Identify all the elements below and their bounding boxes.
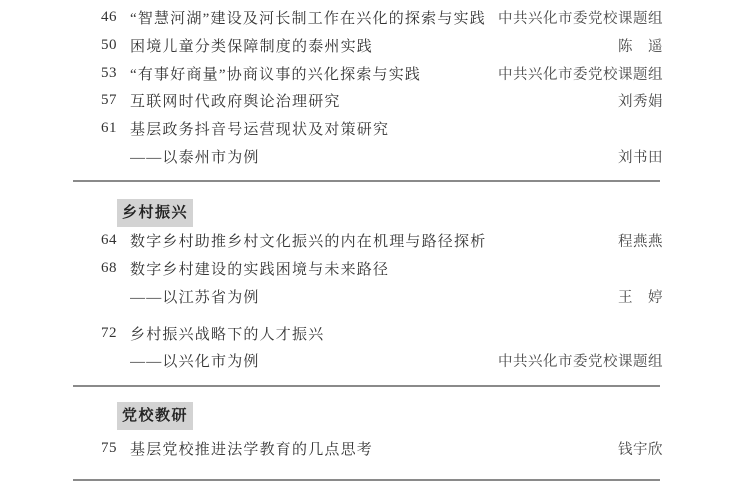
page-number: 68	[74, 260, 117, 277]
article-author: 王 婷	[618, 286, 663, 307]
article-title: 数字乡村助推乡村文化振兴的内在机理与路径探析	[130, 230, 618, 251]
article-subtitle: ——以江苏省为例	[130, 286, 618, 307]
article-author: 刘秀娟	[618, 90, 663, 111]
article-title: 乡村振兴战略下的人才振兴	[130, 323, 663, 344]
toc-row: 61 基层政务抖音号运营现状及对策研究	[0, 115, 732, 143]
toc-row-subtitle: ——以江苏省为例 王 婷	[0, 283, 732, 311]
toc-row: 50 困境儿童分类保障制度的泰州实践 陈 遥	[0, 32, 732, 60]
section-divider	[73, 385, 660, 387]
page-number: 46	[74, 9, 117, 26]
article-author: 刘书田	[618, 146, 663, 167]
article-title: “有事好商量”协商议事的兴化探索与实践	[130, 63, 498, 84]
page-bottom-divider	[73, 479, 660, 481]
toc-row: 53 “有事好商量”协商议事的兴化探索与实践 中共兴化市委党校课题组	[0, 59, 732, 87]
page-number: 57	[74, 92, 117, 109]
article-title: 基层党校推进法学教育的几点思考	[130, 438, 618, 459]
journal-toc-page: 46 “智慧河湖”建设及河长制工作在兴化的探索与实践 中共兴化市委党校课题组 5…	[0, 0, 732, 495]
toc-row: 57 互联网时代政府舆论治理研究 刘秀娟	[0, 87, 732, 115]
section-header-badge: 乡村振兴	[117, 199, 193, 227]
page-number: 72	[74, 325, 117, 342]
section-header-badge: 党校教研	[117, 402, 193, 430]
article-author: 钱宇欣	[618, 438, 663, 459]
toc-row: 46 “智慧河湖”建设及河长制工作在兴化的探索与实践 中共兴化市委党校课题组	[0, 4, 732, 32]
article-title: 困境儿童分类保障制度的泰州实践	[130, 35, 618, 56]
page-number: 64	[74, 232, 117, 249]
section-divider	[73, 180, 660, 182]
article-title: “智慧河湖”建设及河长制工作在兴化的探索与实践	[130, 7, 498, 28]
page-number: 75	[74, 440, 117, 457]
toc-row-subtitle: ——以兴化市为例 中共兴化市委党校课题组	[0, 347, 732, 375]
article-author: 中共兴化市委党校课题组	[498, 7, 663, 28]
section-header-row: 党校教研	[117, 402, 732, 430]
article-title: 互联网时代政府舆论治理研究	[130, 90, 618, 111]
article-subtitle: ——以泰州市为例	[130, 146, 618, 167]
article-author: 陈 遥	[618, 35, 663, 56]
toc-row: 68 数字乡村建设的实践困境与未来路径	[0, 255, 732, 283]
toc-row: 64 数字乡村助推乡村文化振兴的内在机理与路径探析 程燕燕	[0, 227, 732, 255]
article-author: 中共兴化市委党校课题组	[498, 63, 663, 84]
article-author: 程燕燕	[618, 230, 663, 251]
section-header-row: 乡村振兴	[117, 199, 732, 227]
page-number: 61	[74, 120, 117, 137]
page-number: 53	[74, 65, 117, 82]
toc-row: 75 基层党校推进法学教育的几点思考 钱宇欣	[0, 435, 732, 463]
article-title: 数字乡村建设的实践困境与未来路径	[130, 258, 663, 279]
article-title: 基层政务抖音号运营现状及对策研究	[130, 118, 663, 139]
toc-row: 72 乡村振兴战略下的人才振兴	[0, 319, 732, 347]
toc-row-subtitle: ——以泰州市为例 刘书田	[0, 142, 732, 170]
article-author: 中共兴化市委党校课题组	[498, 350, 663, 371]
article-subtitle: ——以兴化市为例	[130, 350, 498, 371]
page-number: 50	[74, 37, 117, 54]
